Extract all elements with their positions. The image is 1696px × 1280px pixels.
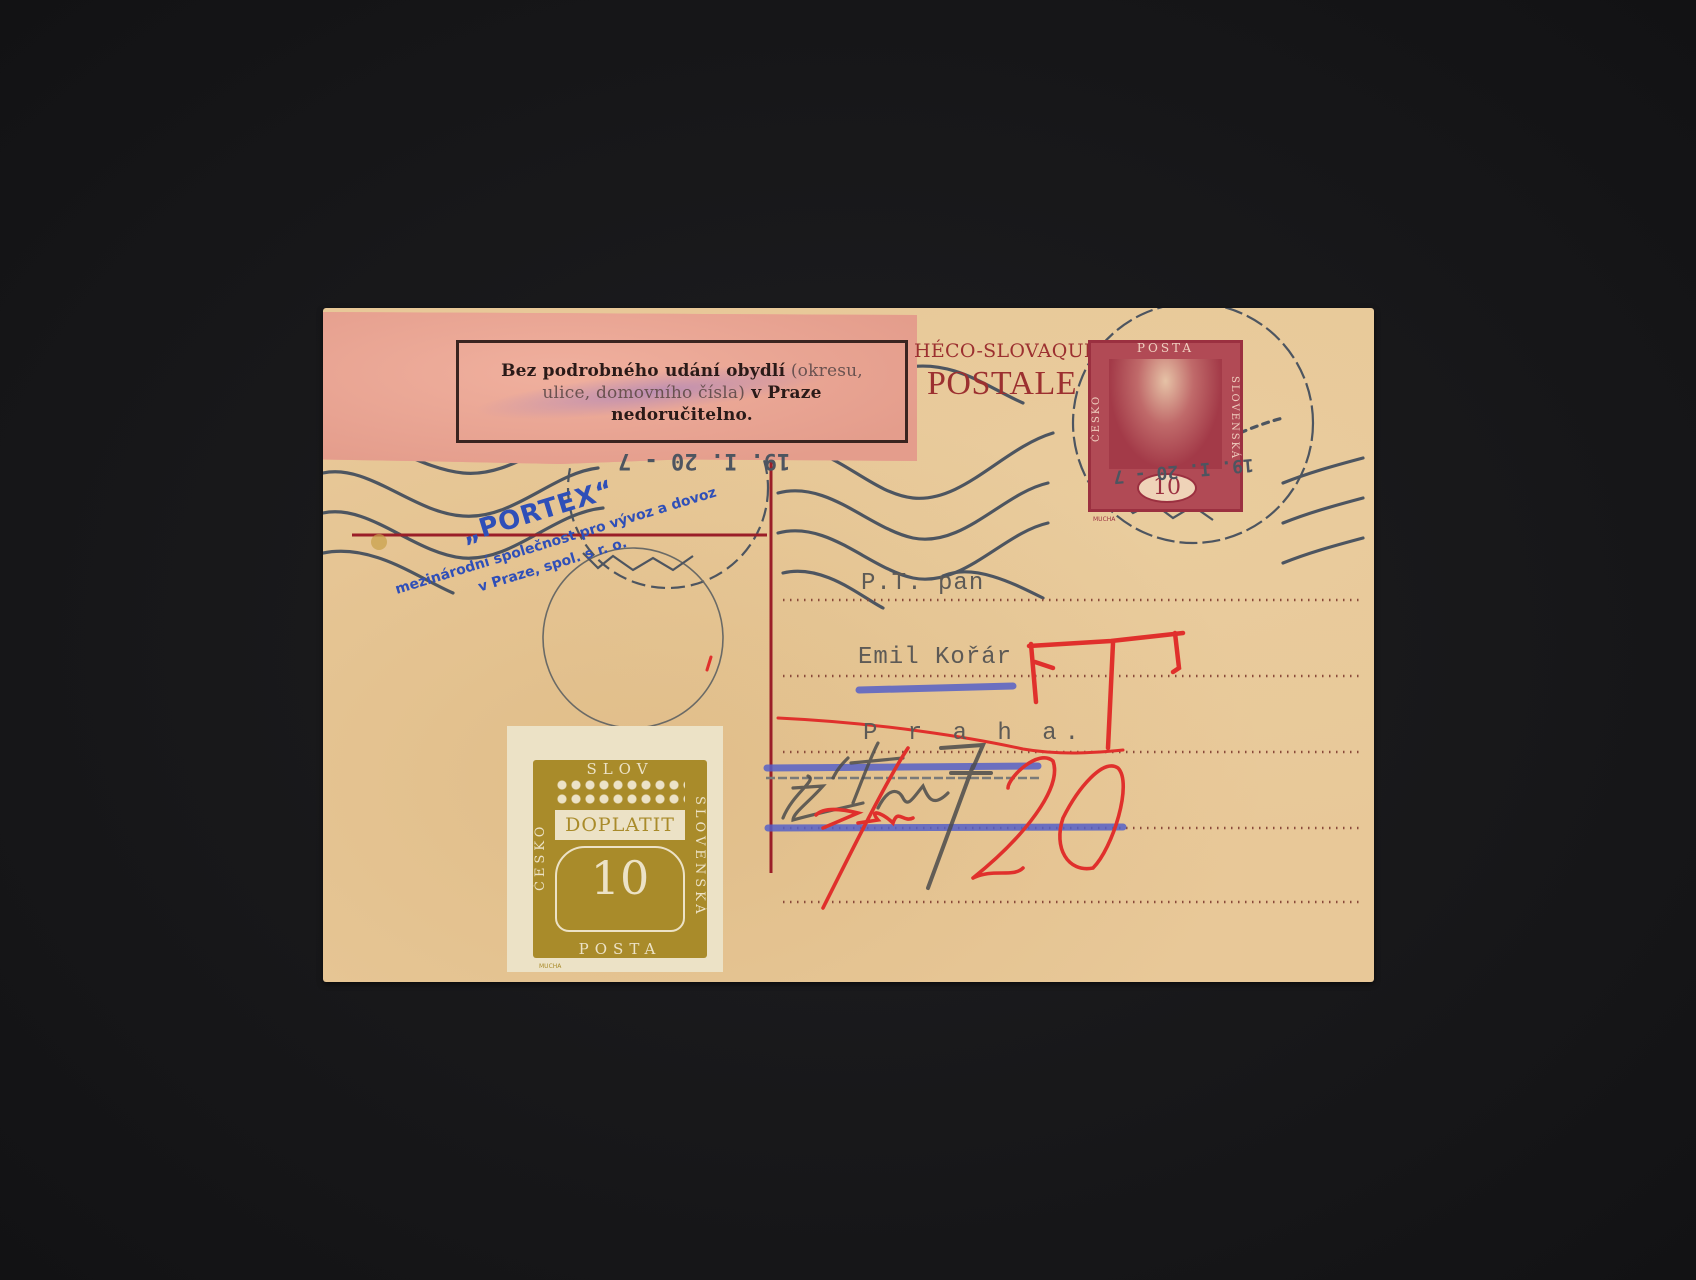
stamp-left-text: ČESKO — [1091, 363, 1107, 473]
imprinted-stamp: POSTA ČESKO SLOVENSKÁ 10 MUCHA — [1088, 340, 1243, 512]
due-top-text: SLOV — [533, 760, 707, 778]
stamp-top-text: POSTA — [1091, 341, 1240, 355]
label-box: Bez podrobného udání obydlí (okresu, uli… — [456, 340, 908, 443]
due-left-text: ČESKO — [533, 782, 551, 932]
card-type-imprint: POSTALE — [927, 365, 1077, 403]
due-bottom-text: POSTA — [533, 940, 707, 958]
address-name: Emil Kořár — [858, 644, 1012, 671]
postmark-date-left: 19. I. 20 - 7 — [618, 448, 790, 473]
label-line-3: nedoručitelno. — [459, 404, 905, 426]
due-value: 10 — [557, 850, 683, 906]
postage-due-stamp: SLOV ČESKO SLOVENSKÁ DOPLATIT 10 POSTA M… — [507, 726, 723, 972]
flower-ornament-icon — [555, 778, 685, 808]
red-ink-handwriting — [673, 633, 1183, 908]
label-line-1: Bez podrobného udání obydlí (okresu, — [459, 360, 905, 382]
stamp-designer: MUCHA — [1093, 516, 1115, 523]
address-city: P r a h a. — [863, 720, 1087, 747]
country-imprint: HÉCO-SLOVAQUE — [914, 340, 1098, 362]
castle-scene-icon — [1109, 359, 1222, 469]
due-label: DOPLATIT — [555, 810, 685, 840]
address-salutation: P.T. pan — [861, 570, 984, 597]
postage-due-design: SLOV ČESKO SLOVENSKÁ DOPLATIT 10 POSTA M… — [533, 760, 707, 958]
postal-card: Bez podrobného udání obydlí (okresu, uli… — [323, 308, 1374, 982]
undeliverable-label: Bez podrobného udání obydlí (okresu, uli… — [323, 312, 917, 464]
due-designer: MUCHA — [539, 963, 561, 970]
label-line-2: ulice, domovního čísla) v Praze — [459, 382, 905, 404]
due-value-panel: 10 — [555, 846, 685, 932]
stain — [371, 534, 387, 550]
due-right-text: SLOVENSKÁ — [689, 782, 707, 932]
